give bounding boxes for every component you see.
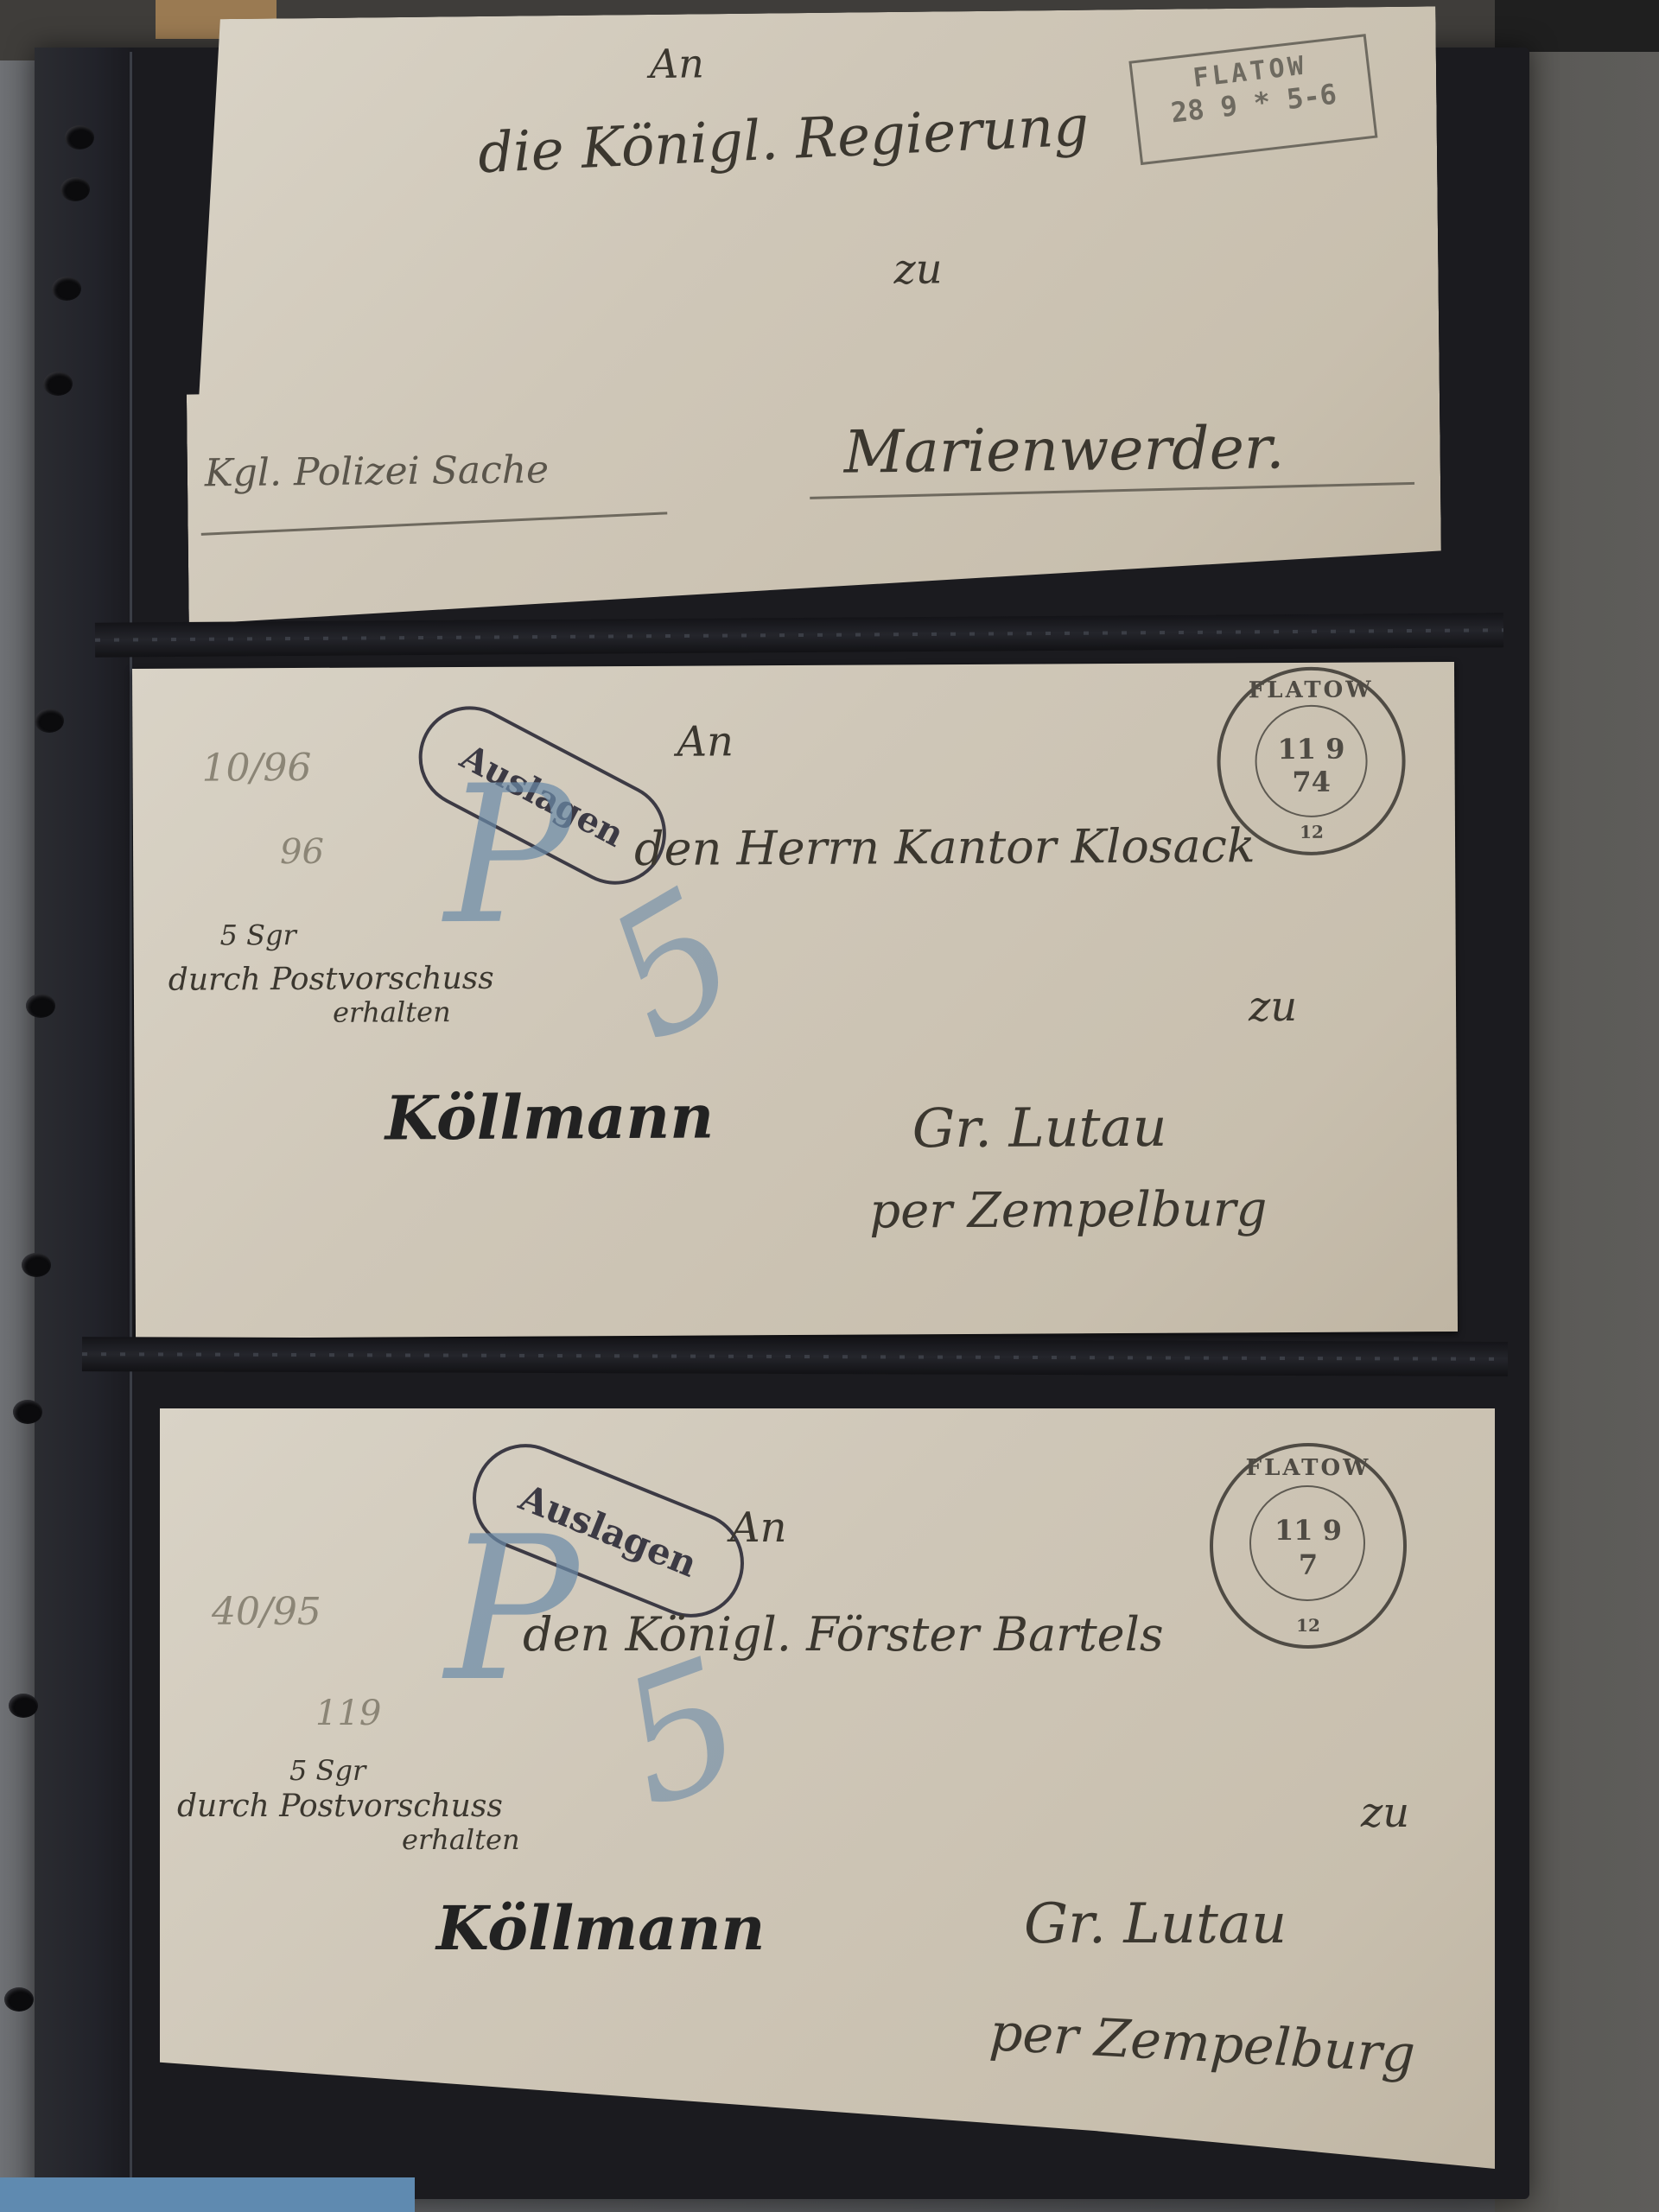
punch-hole [35,709,64,733]
postal-cover-1: FLATOW 28 9 * 5-6 An die Königl. Regieru… [182,6,1441,624]
address-line-1: An [677,717,734,766]
address-line-5: per Zempelburg [988,2002,1417,2085]
fee-note: erhalten [402,1823,520,1856]
punch-hole [4,1987,34,2012]
postal-cover-3: FLATOW 11 9 7 12 Auslagen P 5 An den Kön… [160,1408,1495,2169]
address-line-3: zu [1249,982,1297,1031]
address-line-4: Marienwerder. [843,414,1285,486]
address-line-1: An [650,40,704,87]
docket-note: 10/96 [201,746,311,791]
punch-hole [9,1694,38,1718]
punch-hole [13,1400,42,1424]
punch-hole [65,125,94,149]
circular-postmark: FLATOW 11 9 7 12 [1210,1443,1407,1649]
fee-note: 5 Sgr [289,1754,365,1787]
signature: Köllmann [385,1080,714,1154]
address-line-2: die Königl. Regierung [477,94,1090,186]
address-line-2: den Herrn Kantor Klosack [634,818,1255,876]
address-line-3: zu [1361,1789,1409,1837]
punch-hole [22,1253,51,1277]
fee-note: durch Postvorschuss [177,1789,503,1824]
sender-note: Kgl. Polizei Sache [205,448,550,495]
punch-hole [26,994,55,1018]
punch-hole [43,372,73,396]
address-line-3: zu [893,245,943,294]
fee-note: erhalten [333,995,451,1029]
address-line-1: An [730,1503,787,1552]
address-line-2: den Königl. Förster Bartels [523,1607,1164,1662]
box-postmark: FLATOW 28 9 * 5-6 [1128,34,1377,165]
fee-note: 5 Sgr [219,918,296,951]
blue-crayon-mark: 5 [575,851,771,1080]
docket-note: 40/95 [212,1590,321,1634]
signature: Köllmann [436,1892,765,1964]
address-line-4: Gr. Lutau [912,1096,1167,1160]
fee-note: durch Postvorschuss [168,961,494,998]
binder-edge [35,48,134,2199]
address-line-5: per Zempelburg [869,1181,1267,1239]
background-box [1495,0,1659,52]
stockbook-strip [82,1337,1508,1376]
docket-note: 119 [315,1694,381,1733]
postal-cover-2: FLATOW 11 9 74 12 Auslagen P 5 An den He… [132,662,1458,1338]
punch-hole [52,276,81,301]
blue-crayon-mark: P [443,744,572,966]
binder-fold-line [130,52,132,2195]
punch-hole [60,177,90,201]
address-line-4: Gr. Lutau [1024,1892,1287,1956]
docket-note: 96 [280,832,324,872]
sender-underline [201,512,668,535]
background-blue-object [0,2177,415,2212]
